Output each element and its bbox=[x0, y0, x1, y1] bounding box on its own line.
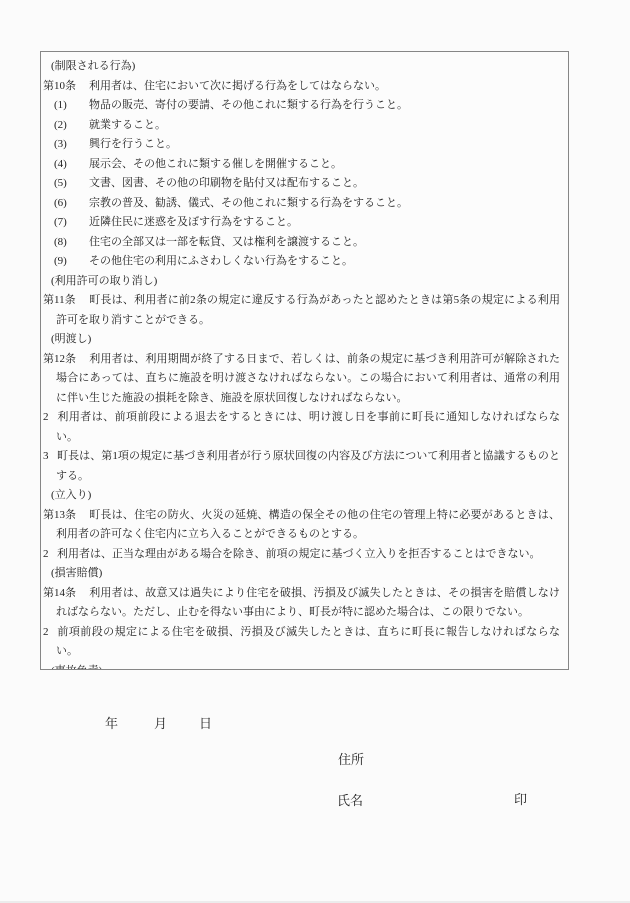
item-number: (7) bbox=[54, 213, 89, 233]
item-number: (4) bbox=[54, 155, 89, 175]
rule-caption: (立入り) bbox=[51, 486, 560, 506]
rule-caption: (損害賠償) bbox=[51, 564, 560, 584]
rule-article: 第10条利用者は、住宅において次に掲げる行為をしてはならない。 bbox=[43, 77, 560, 97]
rule-caption: (明渡し) bbox=[51, 330, 560, 350]
rule-article: 第11条町長は、利用者に前2条の規定に違反する行為があったと認めたときは第5条の… bbox=[43, 291, 560, 330]
year-label: 年 bbox=[105, 716, 118, 731]
sub-paragraph-number: 3 bbox=[43, 447, 57, 467]
rule-item: (5)文書、図書、その他の印刷物を貼付又は配布すること。 bbox=[43, 174, 560, 194]
item-number: (2) bbox=[54, 116, 89, 136]
seal-mark: 印 bbox=[514, 792, 527, 807]
rule-sub-paragraph: 2前項前段の規定による住宅を破損、汚損及び滅失したときは、直ちに町長に報告しなけ… bbox=[43, 623, 560, 662]
item-number: (1) bbox=[54, 96, 89, 116]
rule-caption: (制限される行為) bbox=[51, 57, 560, 77]
article-number: 第11条 bbox=[43, 291, 89, 311]
rule-item: (8)住宅の全部又は一部を転貸、又は権利を譲渡すること。 bbox=[43, 233, 560, 253]
article-number: 第12条 bbox=[43, 350, 89, 370]
item-number: (9) bbox=[54, 252, 89, 272]
sub-paragraph-number: 2 bbox=[43, 545, 57, 565]
rule-item: (9)その他住宅の利用にふさわしくない行為をすること。 bbox=[43, 252, 560, 272]
rule-item: (7)近隣住民に迷惑を及ぼす行為をすること。 bbox=[43, 213, 560, 233]
rule-article: 第12条利用者は、利用期間が終了する日まで、若しくは、前条の規定に基づき利用許可… bbox=[43, 350, 560, 409]
article-number: 第13条 bbox=[43, 506, 89, 526]
rule-sub-paragraph: 2利用者は、正当な理由がある場合を除き、前項の規定に基づく立入りを拒否することは… bbox=[43, 545, 560, 565]
rule-item: (1)物品の販売、寄付の要請、その他これに類する行為を行うこと。 bbox=[43, 96, 560, 116]
rule-article: 第14条利用者は、故意又は過失により住宅を破損、汚損及び滅失したときは、その損害… bbox=[43, 584, 560, 623]
rule-article: 第13条町長は、住宅の防火、火災の延焼、構造の保全その他の住宅の管理上特に必要が… bbox=[43, 506, 560, 545]
month-label: 月 bbox=[154, 716, 167, 731]
item-number: (3) bbox=[54, 135, 89, 155]
rule-caption: (利用許可の取り消し) bbox=[51, 272, 560, 292]
document-page: (制限される行為)第10条利用者は、住宅において次に掲げる行為をしてはならない。… bbox=[0, 0, 630, 903]
rule-item: (6)宗教の普及、勧誘、儀式、その他これに類する行為をすること。 bbox=[43, 194, 560, 214]
article-number: 第14条 bbox=[43, 584, 89, 604]
sub-paragraph-number: 2 bbox=[43, 623, 57, 643]
rule-item: (2)就業すること。 bbox=[43, 116, 560, 136]
item-number: (8) bbox=[54, 233, 89, 253]
rule-sub-paragraph: 3町長は、第1項の規定に基づき利用者が行う原状回復の内容及び方法について利用者と… bbox=[43, 447, 560, 486]
day-label: 日 bbox=[199, 716, 212, 731]
rule-caption: (事故免責) bbox=[51, 662, 560, 671]
article-number: 第10条 bbox=[43, 77, 89, 97]
signature-date-line: 年 月 日 bbox=[105, 716, 212, 731]
sub-paragraph-number: 2 bbox=[43, 408, 57, 428]
item-number: (5) bbox=[54, 174, 89, 194]
item-number: (6) bbox=[54, 194, 89, 214]
rule-sub-paragraph: 2利用者は、前項前段による退去をするときには、明け渡し日を事前に町長に通知しなけ… bbox=[43, 408, 560, 447]
regulations-box: (制限される行為)第10条利用者は、住宅において次に掲げる行為をしてはならない。… bbox=[40, 51, 569, 670]
name-label: 氏名 bbox=[337, 793, 363, 808]
rule-item: (4)展示会、その他これに類する催しを開催すること。 bbox=[43, 155, 560, 175]
address-label: 住所 bbox=[338, 752, 364, 767]
rule-item: (3)興行を行うこと。 bbox=[43, 135, 560, 155]
